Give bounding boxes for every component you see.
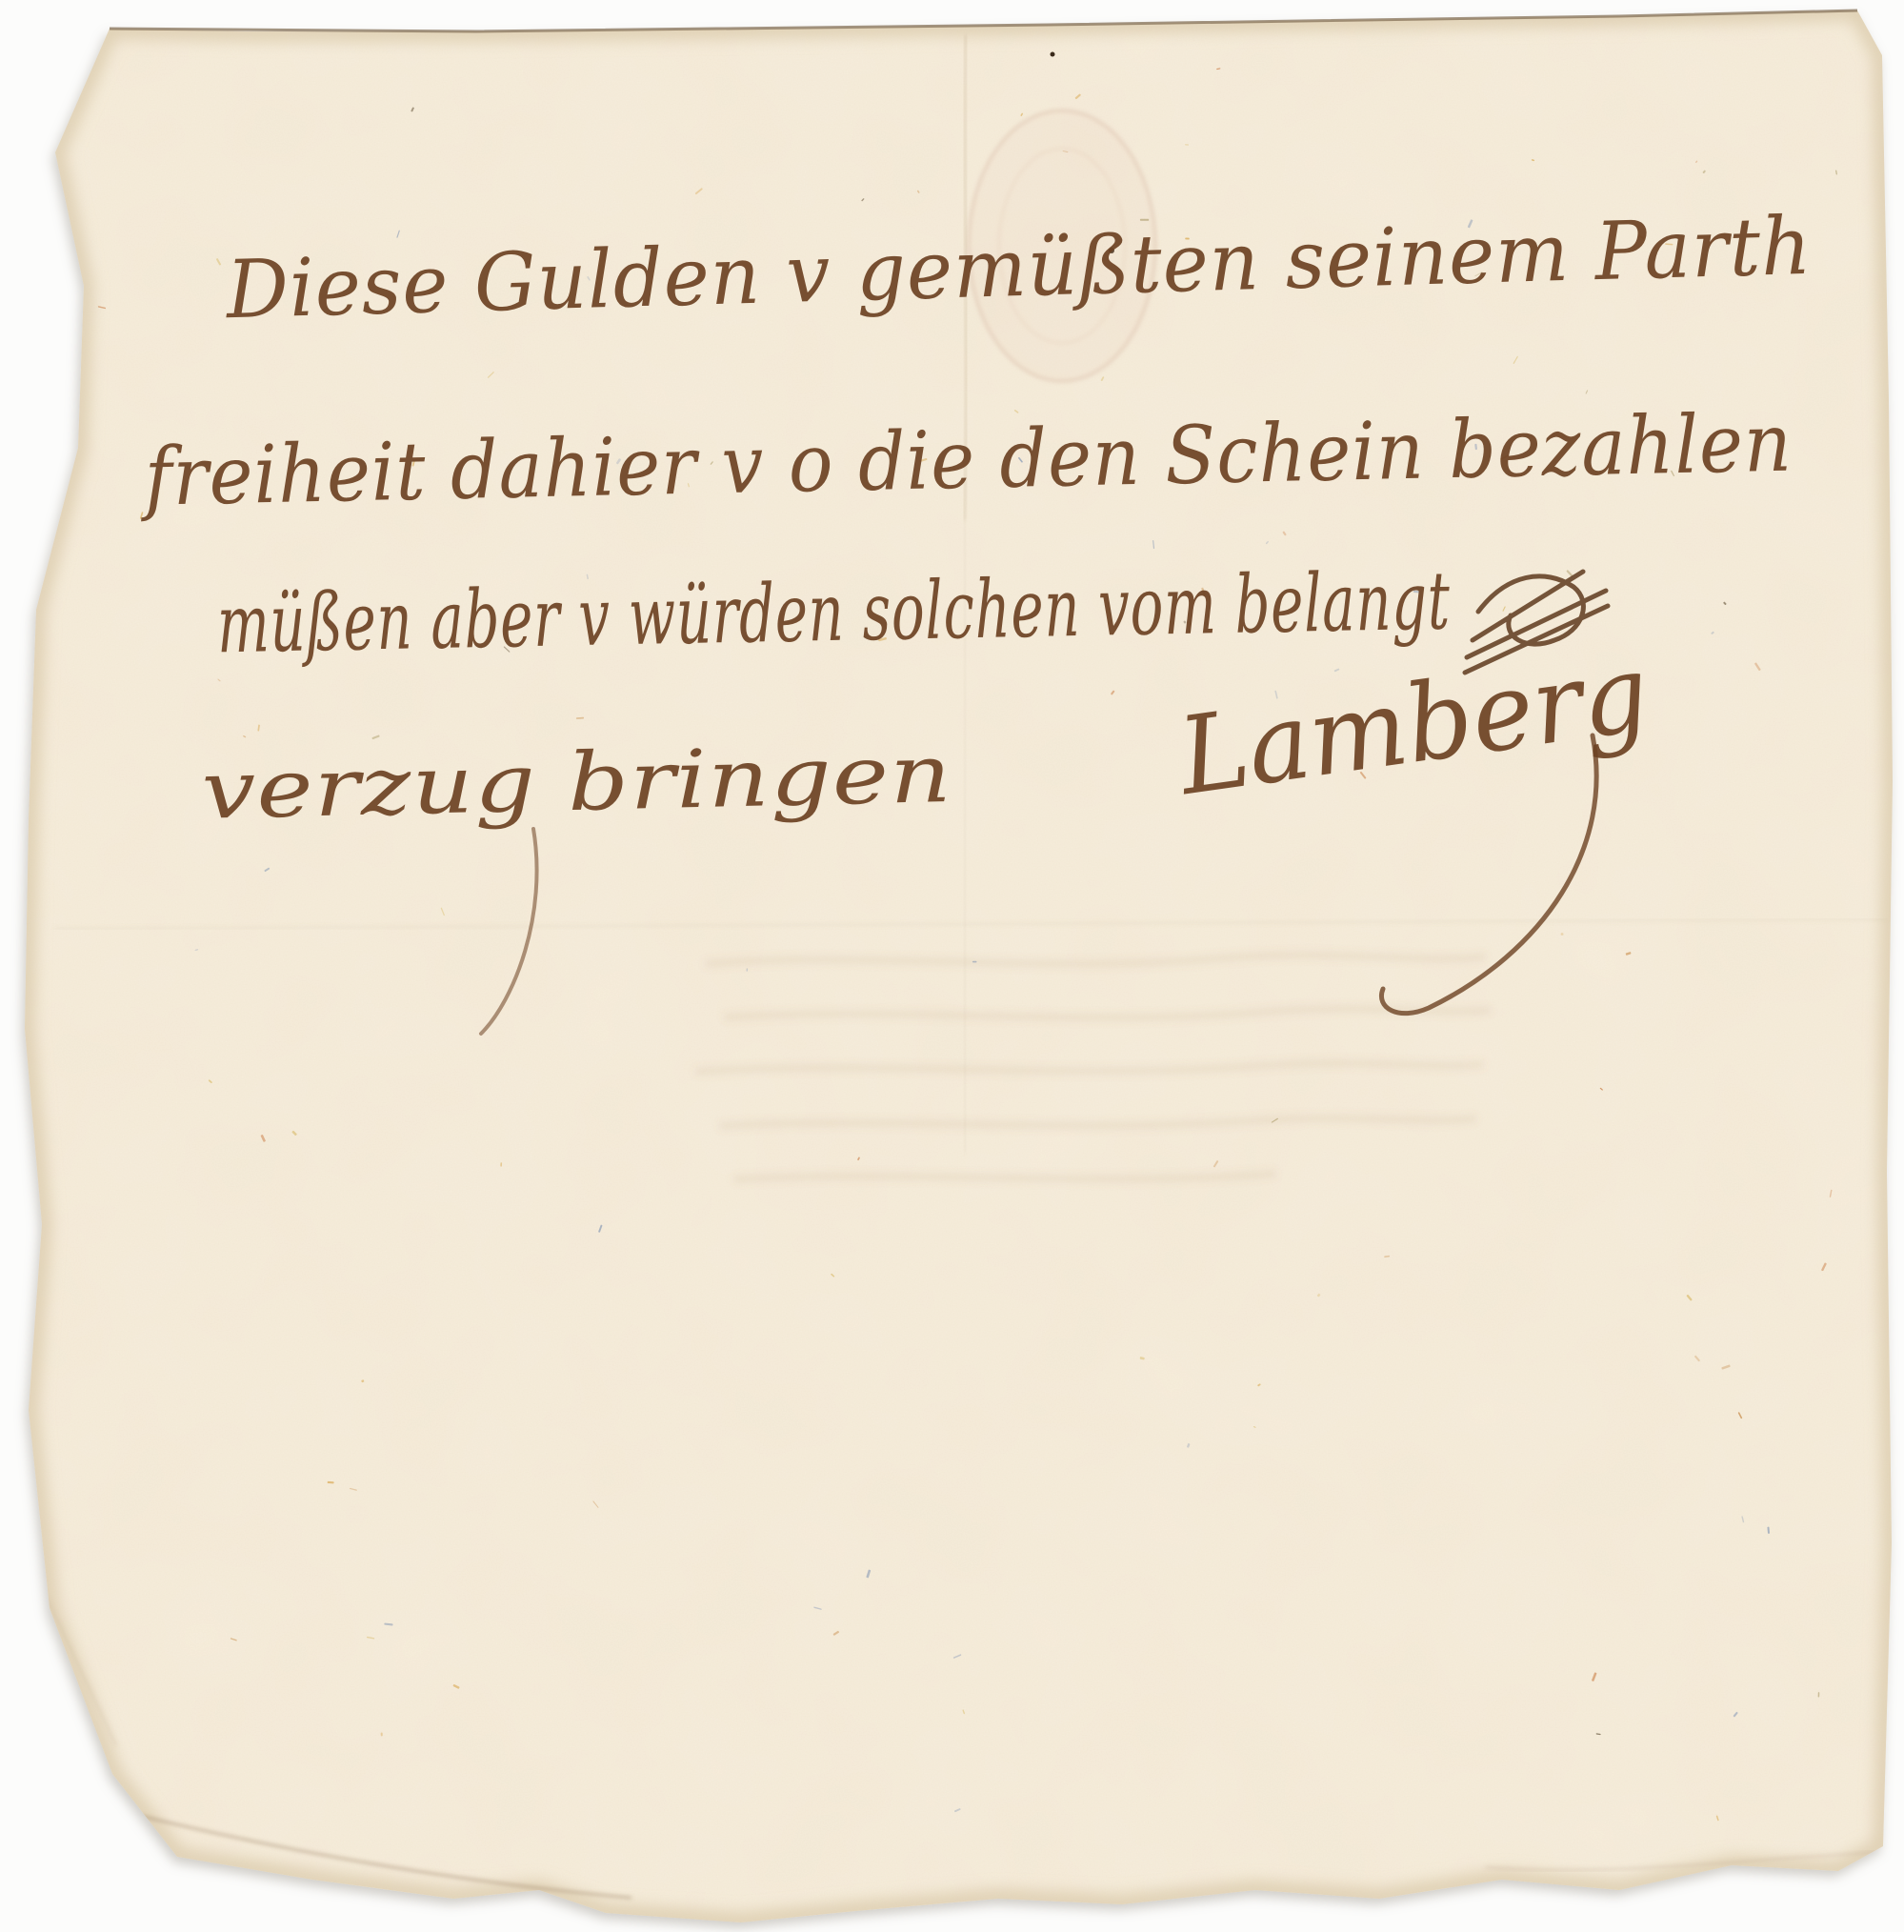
paper-fleck [1561,933,1564,936]
paper-fleck [500,1162,502,1166]
handwriting-line-4: verzug bringen [201,727,953,837]
scanned-document: Diese Gulden v gemüßten seinem Parth fre… [0,0,1904,1932]
paper-fleck [381,1733,383,1737]
paper-surface: Diese Gulden v gemüßten seinem Parth fre… [0,0,1904,1932]
paper-fleck [972,961,977,963]
ink-dot [1051,52,1055,57]
paper-fleck [1818,1692,1820,1697]
document-scan-svg: Diese Gulden v gemüßten seinem Parth fre… [0,0,1904,1932]
